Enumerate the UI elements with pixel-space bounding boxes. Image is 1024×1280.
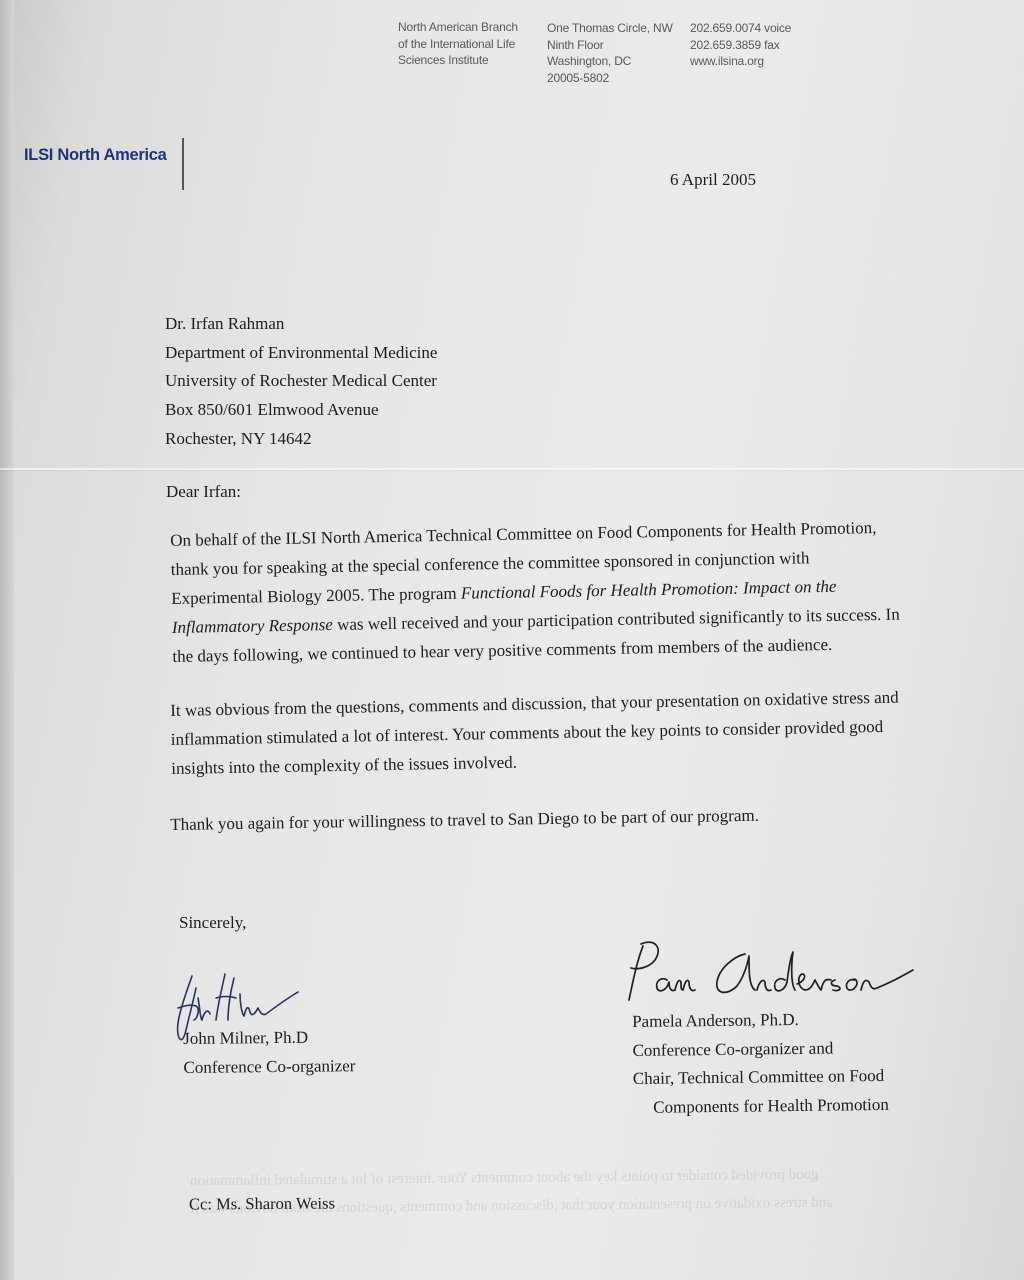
letter-date: 6 April 2005	[670, 170, 756, 190]
recipient-name: Dr. Irfan Rahman	[165, 310, 437, 339]
recipient-department: Department of Environmental Medicine	[165, 339, 437, 368]
program-title: Inflammatory Response	[172, 615, 333, 637]
brand-logo-text: ILSI North America	[24, 146, 167, 165]
body-paragraph-3: Thank you again for your willingness to …	[170, 798, 950, 839]
text-run: Experimental Biology 2005. The program	[171, 584, 461, 608]
signatory-milner: John Milner, Ph.D Conference Co-organize…	[183, 1022, 356, 1082]
signatory-title: Components for Health Promotion	[633, 1090, 889, 1122]
letterhead-line: Ninth Floor	[547, 37, 673, 54]
closing: Sincerely,	[179, 913, 246, 933]
paper-fold-line	[0, 468, 1024, 470]
salutation: Dear Irfan:	[166, 482, 241, 502]
body-paragraph-2: It was obvious from the questions, comme…	[170, 682, 951, 783]
body-paragraph-1: On behalf of the ILSI North America Tech…	[170, 512, 953, 671]
bleed-through-text: good provided consider to points key the…	[190, 1167, 819, 1191]
paragraph-line: Thank you again for your willingness to …	[170, 798, 950, 839]
brand-divider	[182, 138, 184, 190]
signatory-name: Pamela Anderson, Ph.D.	[632, 1005, 888, 1037]
letterhead-line: of the International Life	[398, 36, 518, 53]
recipient-institution: University of Rochester Medical Center	[165, 367, 437, 396]
signatory-title: Conference Co-organizer	[183, 1051, 355, 1082]
letterhead-line: Washington, DC	[547, 53, 673, 70]
letterhead-line: One Thomas Circle, NW	[547, 20, 673, 37]
signatory-title: Chair, Technical Committee on Food	[633, 1062, 889, 1094]
letterhead-address: One Thomas Circle, NW Ninth Floor Washin…	[547, 20, 673, 86]
letterhead-line: 20005-5802	[547, 70, 673, 87]
letterhead-organization: North American Branch of the Internation…	[398, 19, 518, 69]
letterhead-line: North American Branch	[398, 19, 518, 36]
handwritten-signature-anderson-icon	[615, 936, 925, 1008]
website-url: www.ilsina.org	[690, 53, 791, 70]
letterhead-line: Sciences Institute	[398, 52, 518, 69]
recipient-address: Dr. Irfan Rahman Department of Environme…	[165, 310, 437, 454]
signatory-name: John Milner, Ph.D	[183, 1022, 355, 1053]
program-title: Functional Foods for Health Promotion: I…	[461, 577, 837, 603]
phone-number: 202.659.0074 voice	[690, 20, 791, 37]
fax-number: 202.659.3859 fax	[690, 37, 791, 54]
recipient-street: Box 850/601 Elmwood Avenue	[165, 396, 437, 425]
signatory-title: Conference Co-organizer and	[632, 1033, 888, 1065]
page-edge-shadow	[0, 0, 14, 1280]
signatory-anderson: Pamela Anderson, Ph.D. Conference Co-org…	[632, 1005, 889, 1122]
letterhead-contact: 202.659.0074 voice 202.659.3859 fax www.…	[690, 20, 791, 70]
recipient-city: Rochester, NY 14642	[165, 425, 437, 454]
